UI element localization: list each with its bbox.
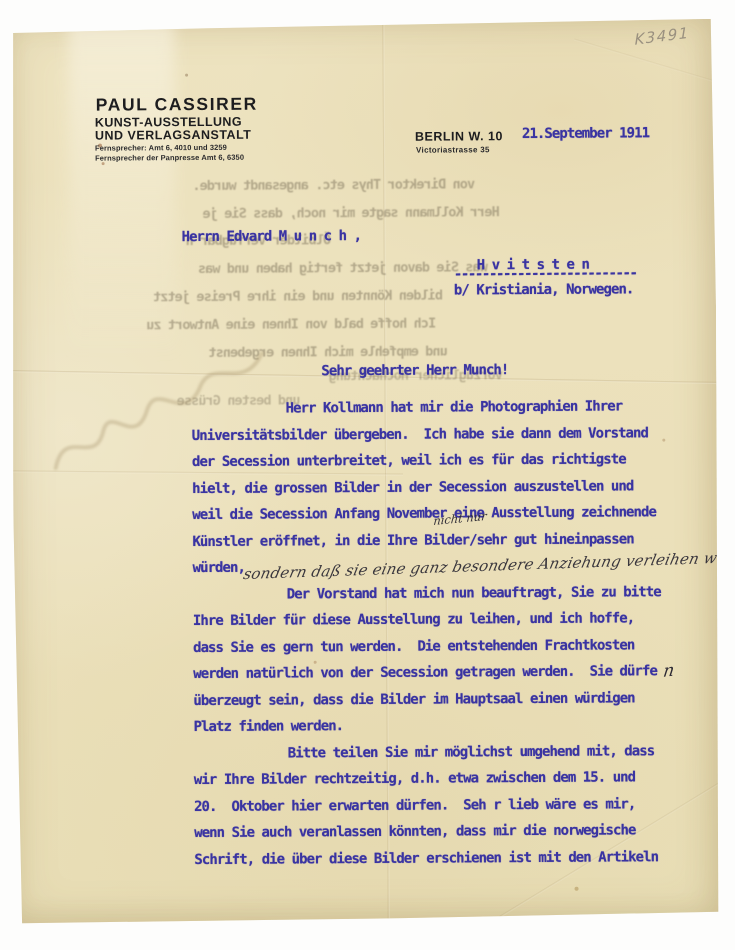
recipient-country: b/ Kristiania, Norwegen. xyxy=(454,281,634,298)
letterhead-city: BERLIN W. 10 xyxy=(415,129,503,144)
paper-light-fold xyxy=(68,22,176,358)
salutation: Sehr geehrter Herr Munch! xyxy=(321,362,508,379)
body-line: werden natürlich von der Secession getra… xyxy=(193,663,661,692)
crease-diagonal-top xyxy=(574,38,735,91)
bleedthrough-line: Herr Kollmann sagte mir noch, dass Sie j… xyxy=(203,204,499,222)
body-line: Bitte teilen Sie mir möglichst umgehend … xyxy=(194,743,662,772)
letterhead: PAUL CASSIRER KUNST-AUSSTELLUNG UND VERL… xyxy=(10,19,714,23)
paper-specks xyxy=(10,23,12,25)
letter-date: 21.September 1911 xyxy=(522,125,649,142)
bleedthrough-line: bilden Könnten und ein ihre Preise jetzt xyxy=(154,288,443,306)
body-line: wenn Sie auch veranlassen könnten, dass … xyxy=(194,822,662,851)
body-line: Ihre Bilder für diese Ausstellung zu lei… xyxy=(193,610,661,639)
scan-backdrop: von Direktor Thys etc. angesandt wurde. … xyxy=(0,0,735,950)
body-line: weil die Secession Anfang November eine … xyxy=(192,504,660,533)
body-line: 20. Oktober hier erwarten dürfen. Seh r … xyxy=(194,796,662,825)
body-line: hielt, die grossen Bilder in der Secessi… xyxy=(192,478,660,507)
body-line: wir Ihre Bilder rechtzeitig, d.h. etwa z… xyxy=(194,769,662,798)
letterhead-street: Victoriastrasse 35 xyxy=(416,145,490,154)
recipient-name: Herrn Edvard M u n c h , xyxy=(182,228,362,245)
handwritten-letter-n: n xyxy=(662,660,676,682)
body-line: Der Vorstand hat mich nun beauftragt, Si… xyxy=(193,584,661,613)
body-line: Herr Kollmann hat mir die Photographien … xyxy=(192,398,660,427)
letterhead-phone2: Fernsprecher der Panpresse Amt 6, 6350 xyxy=(95,152,244,162)
letterhead-name: PAUL CASSIRER xyxy=(96,94,258,116)
letter-paper: von Direktor Thys etc. angesandt wurde. … xyxy=(10,19,719,924)
letterhead-phone1: Fernsprecher: Amt 6, 4010 und 3259 xyxy=(95,143,227,153)
body-line: dass Sie es gern tun werden. Die entsteh… xyxy=(193,637,661,666)
letter-body: Herr Kollmann hat mir die Photographien … xyxy=(192,398,663,878)
bleedthrough-text: von Direktor Thys etc. angesandt wurde. … xyxy=(10,19,714,23)
body-line: Schrift, die über diese Bilder erschiene… xyxy=(194,849,662,878)
recipient-underline: -------------------------- xyxy=(454,265,637,282)
body-line: überzeugt sein, dass die Bilder im Haupt… xyxy=(193,690,661,719)
bleedthrough-line: was Sie davon jetzt fertig haben und was xyxy=(199,259,488,277)
body-line: der Secession unterbreitet, weil ich es … xyxy=(192,451,660,480)
recipient-block: Herrn Edvard M u n c h , H v i t s t e n… xyxy=(10,19,714,23)
archive-number-pencil: K3491 xyxy=(634,24,689,49)
body-line: Universitätsbilder übergeben. Ich habe s… xyxy=(192,425,660,454)
letterhead-line3: UND VERLAGSANSTALT xyxy=(95,128,252,143)
body-line: Platz finden werden. xyxy=(194,716,662,745)
bleedthrough-line: von Direktor Thys etc. angesandt wurde. xyxy=(193,176,475,194)
